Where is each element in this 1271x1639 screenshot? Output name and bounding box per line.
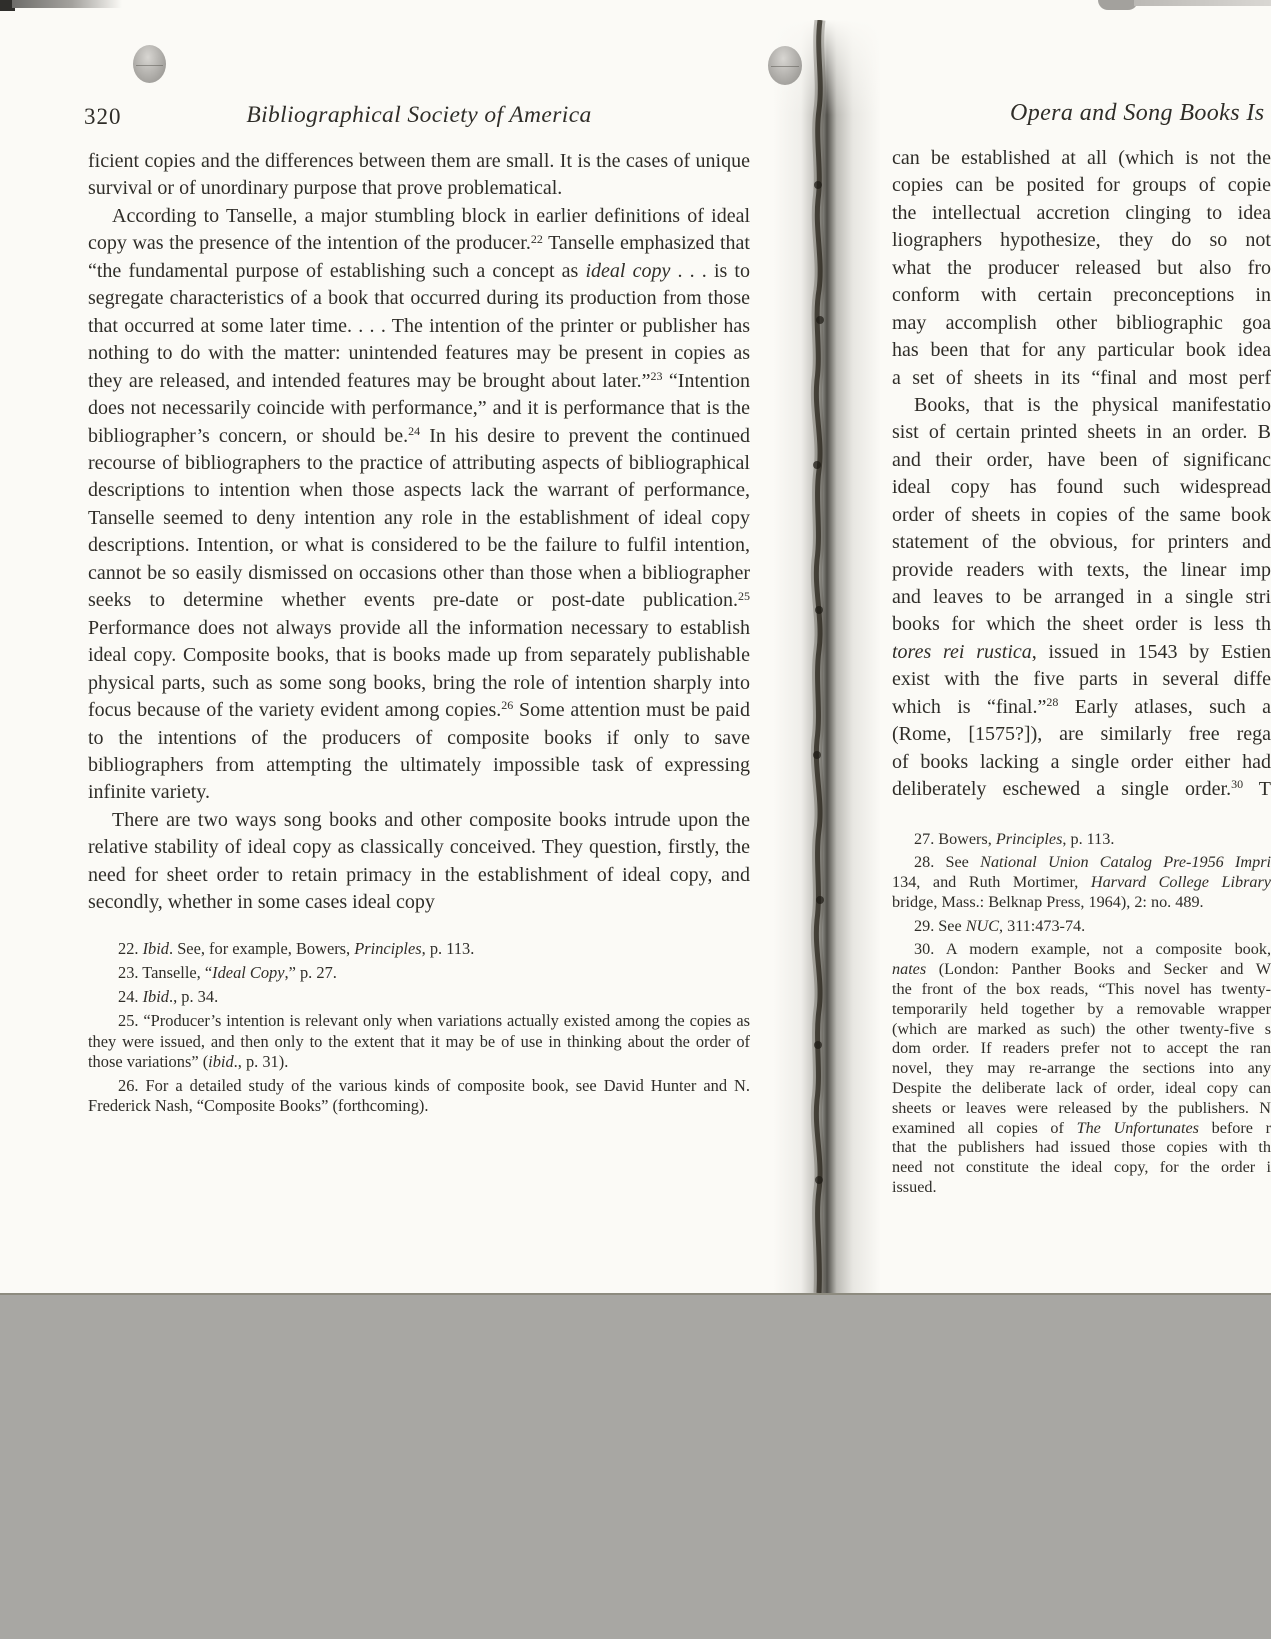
book-scan: { "colors": { "page_white": "#fbfaf6", "… [0, 0, 1271, 1639]
top-edge-strip-left [12, 0, 122, 8]
punch-hole-left [133, 45, 166, 83]
body-text-line: conform with certain preconceptions in [892, 282, 1271, 309]
top-edge-clip-right [1098, 0, 1138, 10]
body-text-line: copies can be posited for groups of copi… [892, 172, 1271, 199]
left-page-footnotes: 22. Ibid. See, for example, Bowers, Prin… [88, 939, 750, 1117]
footnote-line: examined all copies of The Unfortunates … [892, 1119, 1271, 1139]
footnote-line: temporarily held together by a removable… [892, 1000, 1271, 1020]
page-number: 320 [84, 104, 122, 130]
left-page-body: ficient copies and the differences betwe… [88, 148, 750, 917]
running-header-left: Bibliographical Society of America [88, 100, 750, 129]
body-text-line: order of sheets in copies of the same bo… [892, 502, 1271, 529]
body-text-line: what the producer released but also fro [892, 255, 1271, 282]
footnote: 22. Ibid. See, for example, Bowers, Prin… [88, 939, 750, 959]
body-text-line: statement of the obvious, for printers a… [892, 529, 1271, 556]
right-page-footnotes: 27. Bowers, Principles, p. 113.28. See N… [892, 830, 1271, 1198]
body-text-line: provide readers with texts, the linear i… [892, 557, 1271, 584]
footnote-line: issued. [892, 1178, 1271, 1198]
body-text-line: has been that for any particular book id… [892, 337, 1271, 364]
footnote-line: 30. A modern example, not a composite bo… [892, 940, 1271, 960]
body-paragraph: According to Tanselle, a major stumbling… [88, 203, 750, 807]
footnote: 23. Tanselle, “Ideal Copy,” p. 27. [88, 963, 750, 983]
body-text-line: ideal copy has found such widespread [892, 474, 1271, 501]
footnote-line: need not constitute the ideal copy, for … [892, 1158, 1271, 1178]
footnote-line: 28. See National Union Catalog Pre-1956 … [892, 853, 1271, 873]
body-text-line: tores rei rustica, issued in 1543 by Est… [892, 639, 1271, 666]
body-text-line: Books, that is the physical manifestatio [892, 392, 1271, 419]
right-page: Opera and Song Books Is can be establish… [892, 100, 1271, 1198]
body-text-line: exist with the five parts in several dif… [892, 666, 1271, 693]
footnote: 24. Ibid., p. 34. [88, 987, 750, 1007]
footnote-line: 27. Bowers, Principles, p. 113. [892, 830, 1271, 850]
body-text-line: can be established at all (which is not … [892, 145, 1271, 172]
body-text-line: and their order, have been of significan… [892, 447, 1271, 474]
body-text-line: sist of certain printed sheets in an ord… [892, 419, 1271, 446]
body-text-line: a set of sheets in its “final and most p… [892, 365, 1271, 392]
footnote-line: 134, and Ruth Mortimer, Harvard College … [892, 873, 1271, 893]
footnote-line: (which are marked as such) the other twe… [892, 1020, 1271, 1040]
body-text-line: deliberately eschewed a single order.30 … [892, 776, 1271, 803]
footnote-line: sheets or leaves were released by the pu… [892, 1099, 1271, 1119]
body-text-line: may accomplish other bibliographic goa [892, 310, 1271, 337]
body-paragraph: There are two ways song books and other … [88, 807, 750, 917]
left-page-header: 320 Bibliographical Society of America [88, 100, 750, 148]
footnote-line: novel, they may re-arrange the sections … [892, 1059, 1271, 1079]
body-text-line: and leaves to be arranged in a single st… [892, 584, 1271, 611]
punch-hole-right [768, 46, 802, 85]
body-paragraph: ficient copies and the differences betwe… [88, 148, 750, 203]
left-page: 320 Bibliographical Society of America f… [88, 100, 750, 1120]
body-text-line: which is “final.”28 Early atlases, such … [892, 694, 1271, 721]
scanner-bed-background [0, 1293, 1271, 1639]
top-edge-strip-right [1134, 0, 1271, 6]
footnote: 25. “Producer’s intention is relevant on… [88, 1011, 750, 1072]
footnote-line: Despite the deliberate lack of order, id… [892, 1079, 1271, 1099]
footnote-line: 29. See NUC, 311:473-74. [892, 917, 1271, 937]
body-text-line: of books lacking a single order either h… [892, 749, 1271, 776]
footnote-line: dom order. If readers prefer not to acce… [892, 1039, 1271, 1059]
running-header-right: Opera and Song Books Is [892, 100, 1271, 127]
footnote-line: the front of the box reads, “This novel … [892, 980, 1271, 1000]
footnote-line: nates (London: Panther Books and Secker … [892, 960, 1271, 980]
footnote-line: that the publishers had issued those cop… [892, 1138, 1271, 1158]
body-text-line: (Rome, [1575?]), are similarly free rega [892, 721, 1271, 748]
footnote-line: bridge, Mass.: Belknap Press, 1964), 2: … [892, 893, 1271, 913]
book-spine-gutter-line [806, 20, 836, 1293]
footnote: 26. For a detailed study of the various … [88, 1076, 750, 1116]
body-text-line: books for which the sheet order is less … [892, 611, 1271, 638]
body-text-line: liographers hypothesize, they do so not [892, 227, 1271, 254]
body-text-line: the intellectual accretion clinging to i… [892, 200, 1271, 227]
right-page-body: can be established at all (which is not … [892, 145, 1271, 804]
